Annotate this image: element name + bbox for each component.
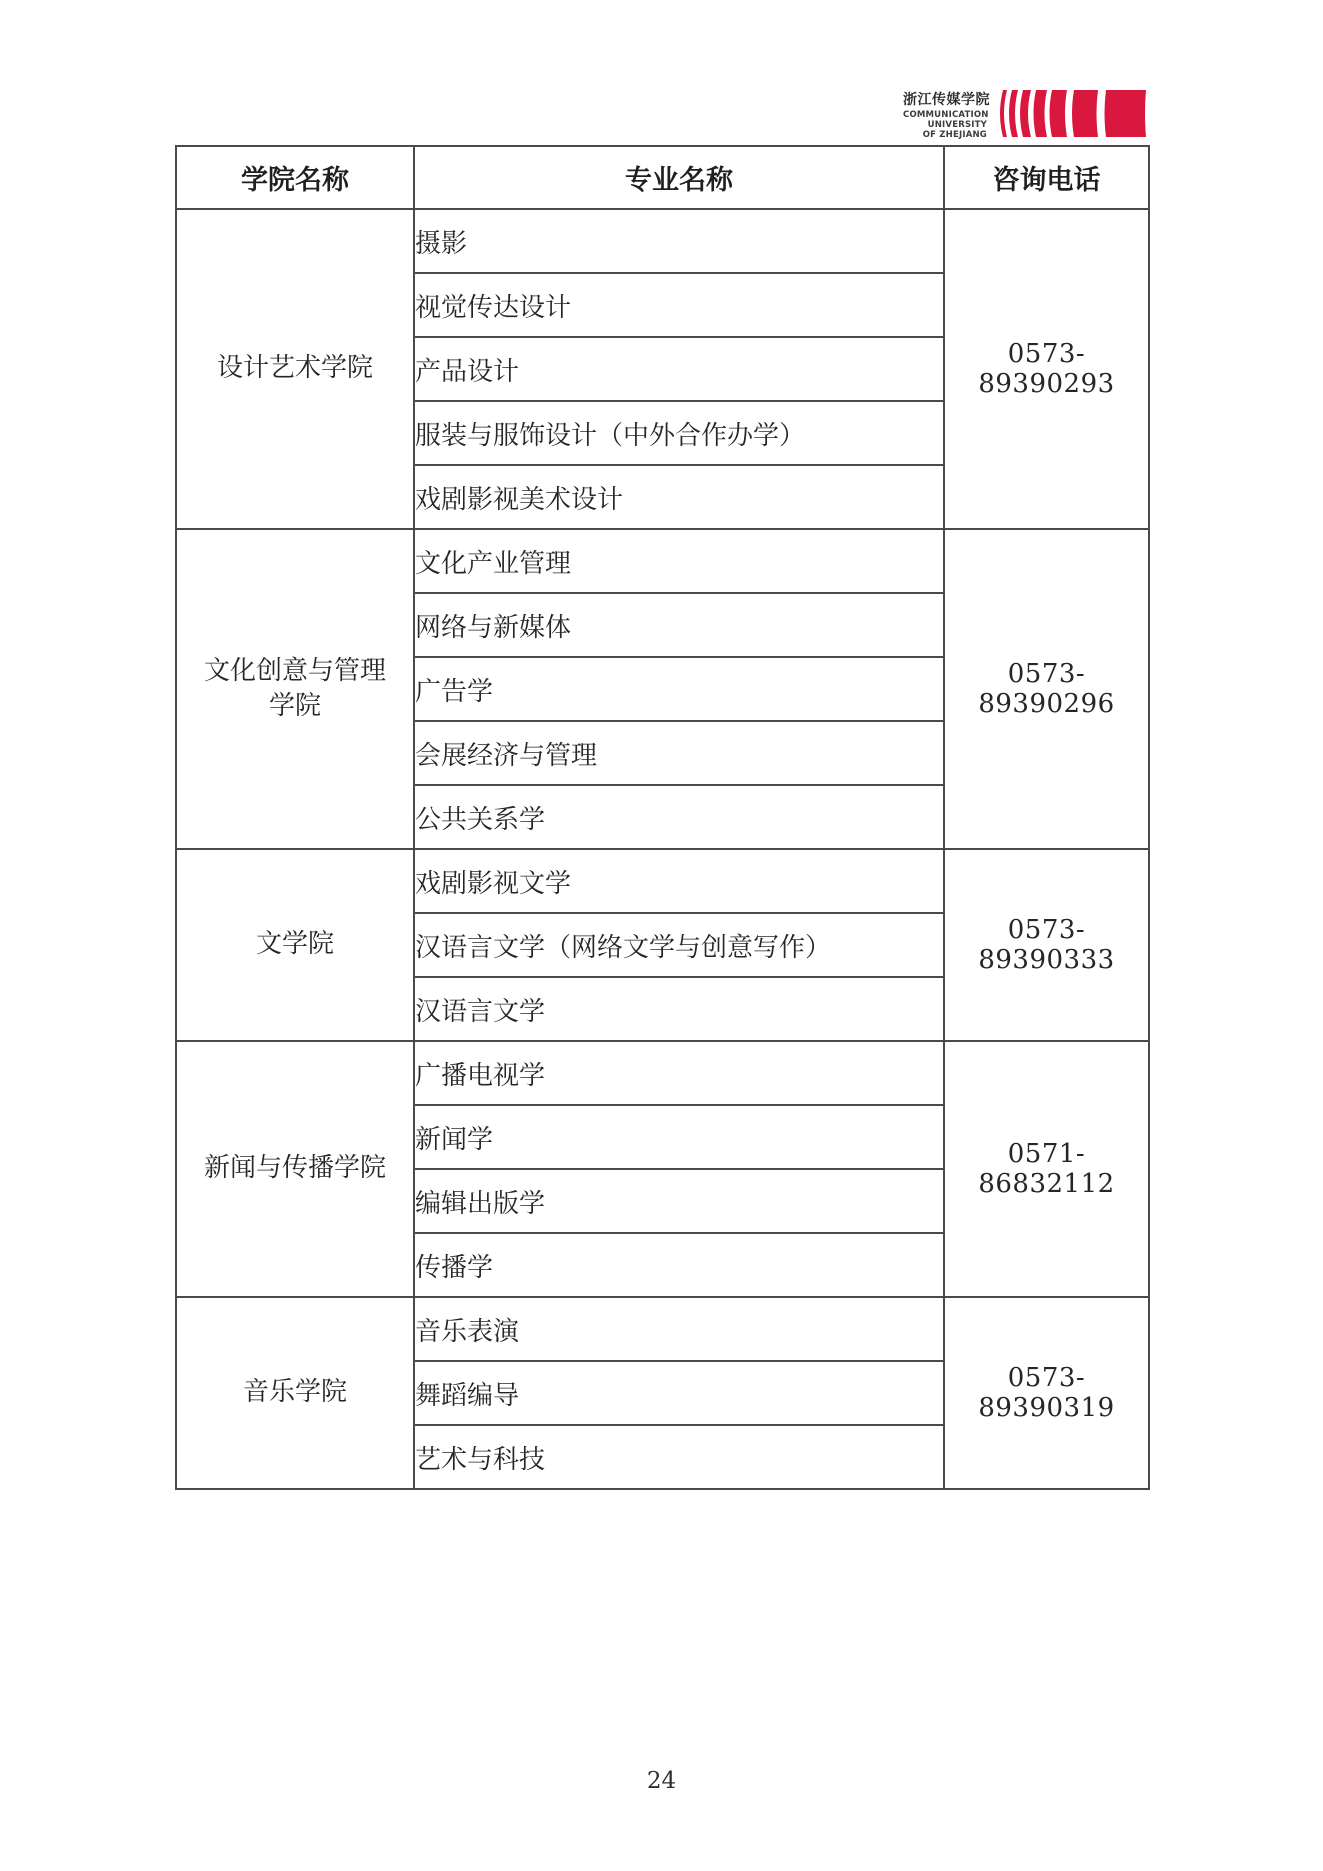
college-cell: 设计艺术学院	[176, 209, 414, 529]
major-cell: 传播学	[414, 1233, 944, 1297]
phone-cell: 0573-89390319	[944, 1297, 1149, 1489]
header-phone: 咨询电话	[944, 146, 1149, 209]
major-cell: 戏剧影视美术设计	[414, 465, 944, 529]
table-row: 设计艺术学院 摄影 0573-89390293	[176, 209, 1149, 273]
major-cell: 舞蹈编导	[414, 1361, 944, 1425]
major-cell: 广告学	[414, 657, 944, 721]
logo-english-line: COMMUNICATION	[903, 110, 987, 120]
college-cell: 文化创意与管理 学院	[176, 529, 414, 849]
majors-table: 学院名称 专业名称 咨询电话 设计艺术学院 摄影 0573-89390293 视…	[175, 145, 1150, 1490]
logo-english-line: OF ZHEJIANG	[903, 130, 987, 140]
major-cell: 编辑出版学	[414, 1169, 944, 1233]
college-cell: 文学院	[176, 849, 414, 1041]
major-cell: 摄影	[414, 209, 944, 273]
logo-english-name: COMMUNICATION UNIVERSITY OF ZHEJIANG	[903, 110, 987, 140]
table-header-row: 学院名称 专业名称 咨询电话	[176, 146, 1149, 209]
major-cell: 视觉传达设计	[414, 273, 944, 337]
table-row: 文化创意与管理 学院 文化产业管理 0573-89390296	[176, 529, 1149, 593]
header-major-name: 专业名称	[414, 146, 944, 209]
logo-chinese-name: 浙江传媒学院	[903, 92, 987, 108]
college-cell: 音乐学院	[176, 1297, 414, 1489]
major-cell: 网络与新媒体	[414, 593, 944, 657]
major-cell: 服装与服饰设计（中外合作办学）	[414, 401, 944, 465]
page-number: 24	[0, 1768, 1323, 1794]
major-cell: 艺术与科技	[414, 1425, 944, 1489]
phone-cell: 0571-86832112	[944, 1041, 1149, 1297]
major-cell: 汉语言文学	[414, 977, 944, 1041]
logo-english-line: UNIVERSITY	[903, 120, 987, 130]
table-row: 音乐学院 音乐表演 0573-89390319	[176, 1297, 1149, 1361]
major-cell: 新闻学	[414, 1105, 944, 1169]
major-cell: 戏剧影视文学	[414, 849, 944, 913]
college-cell: 新闻与传播学院	[176, 1041, 414, 1297]
red-wave-stripes-icon	[996, 90, 1152, 137]
major-cell: 产品设计	[414, 337, 944, 401]
table-row: 新闻与传播学院 广播电视学 0571-86832112	[176, 1041, 1149, 1105]
table-row: 文学院 戏剧影视文学 0573-89390333	[176, 849, 1149, 913]
phone-cell: 0573-89390293	[944, 209, 1149, 529]
major-cell: 公共关系学	[414, 785, 944, 849]
phone-cell: 0573-89390296	[944, 529, 1149, 849]
logo-text-block: 浙江传媒学院 COMMUNICATION UNIVERSITY OF ZHEJI…	[903, 90, 987, 140]
major-cell: 汉语言文学（网络文学与创意写作）	[414, 913, 944, 977]
major-cell: 音乐表演	[414, 1297, 944, 1361]
university-logo: 浙江传媒学院 COMMUNICATION UNIVERSITY OF ZHEJI…	[903, 90, 1152, 140]
phone-cell: 0573-89390333	[944, 849, 1149, 1041]
major-cell: 广播电视学	[414, 1041, 944, 1105]
header-college-name: 学院名称	[176, 146, 414, 209]
major-cell: 文化产业管理	[414, 529, 944, 593]
document-page: 浙江传媒学院 COMMUNICATION UNIVERSITY OF ZHEJI…	[0, 0, 1323, 1871]
major-cell: 会展经济与管理	[414, 721, 944, 785]
